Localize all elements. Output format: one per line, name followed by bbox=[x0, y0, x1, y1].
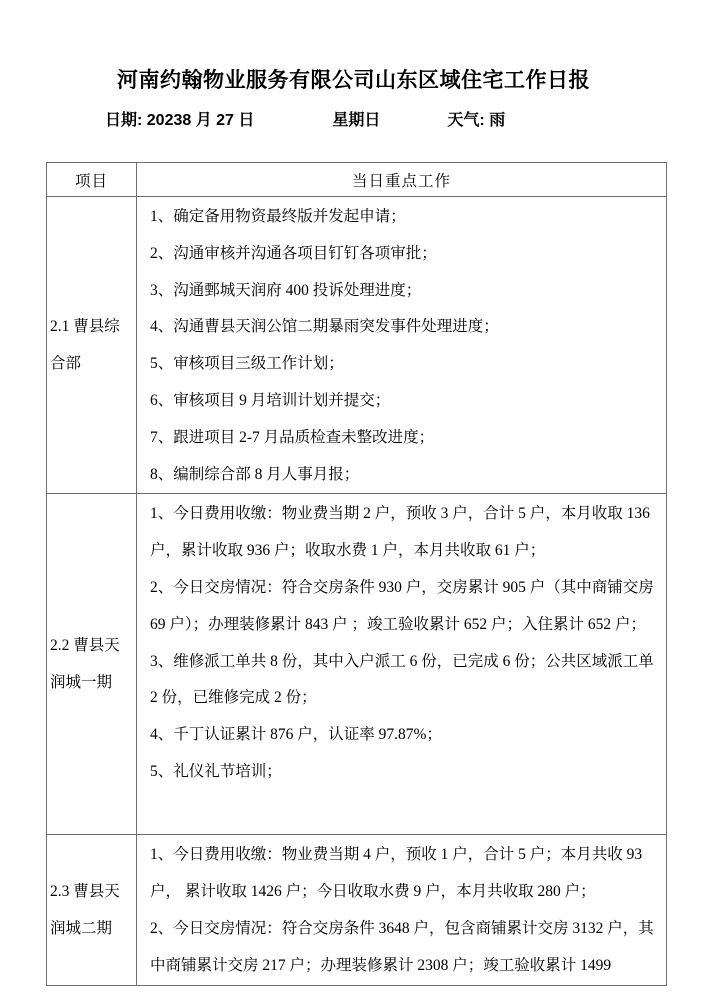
work-item: 2、沟通审核并沟通各项目钉钉各项审批； bbox=[150, 236, 654, 273]
date-value: 日期: 20238 月 27 日 bbox=[105, 112, 254, 129]
work-items-cell: 1、确定备用物资最终版并发起申请； 2、沟通审核并沟通各项目钉钉各项审批； 3、… bbox=[137, 197, 667, 494]
work-item: 8、编制综合部 8 月人事月报； bbox=[150, 457, 654, 494]
daily-report-table: 项目 当日重点工作 2.1 曹县综合部 1、确定备用物资最终版并发起申请； 2、… bbox=[46, 162, 667, 986]
work-item: 2、今日交房情况：符合交房条件 3648 户，包含商铺累计交房 3132 户，其… bbox=[150, 911, 654, 985]
work-item: 5、审核项目三级工作计划； bbox=[150, 346, 654, 383]
project-name: 2.1 曹县综合部 bbox=[47, 197, 137, 494]
work-item: 5、礼仪礼节培训； bbox=[150, 754, 654, 791]
work-item: 1、今日费用收缴：物业费当期 2 户，预收 3 户，合计 5 户，本月收取 13… bbox=[150, 496, 654, 570]
work-item: 1、确定备用物资最终版并发起申请； bbox=[150, 199, 654, 236]
work-item: 7、跟进项目 2-7 月品质检查未整改进度； bbox=[150, 420, 654, 457]
work-item: 4、沟通曹县天润公馆二期暴雨突发事件处理进度； bbox=[150, 309, 654, 346]
table-row-caoxian-zonghebu: 2.1 曹县综合部 1、确定备用物资最终版并发起申请； 2、沟通审核并沟通各项目… bbox=[47, 197, 667, 494]
table-row-tianrun-phase2: 2.3 曹县天润城二期 1、今日费用收缴：物业费当期 4 户，预收 1 户，合计… bbox=[47, 835, 667, 985]
work-items-cell: 1、今日费用收缴：物业费当期 4 户，预收 1 户，合计 5 户；本月共收 93… bbox=[137, 835, 667, 985]
header-work: 当日重点工作 bbox=[137, 163, 667, 197]
header-project: 项目 bbox=[47, 163, 137, 197]
work-item: 6、审核项目 9 月培训计划并提交； bbox=[150, 383, 654, 420]
work-item: 3、维修派工单共 8 份，其中入户派工 6 份，已完成 6 份；公共区域派工单 … bbox=[150, 644, 654, 718]
work-item: 3、沟通鄄城天润府 400 投诉处理进度； bbox=[150, 273, 654, 310]
table-header-row: 项目 当日重点工作 bbox=[47, 163, 667, 197]
weekday-value: 星期日 bbox=[332, 112, 380, 129]
table-row-tianrun-phase1: 2.2 曹县天润城一期 1、今日费用收缴：物业费当期 2 户，预收 3 户，合计… bbox=[47, 494, 667, 835]
daily-report-page: 河南约翰物业服务有限公司山东区域住宅工作日报 日期: 20238 月 27 日星… bbox=[0, 0, 707, 999]
work-item: 1、今日费用收缴：物业费当期 4 户，预收 1 户，合计 5 户；本月共收 93… bbox=[150, 837, 654, 911]
work-item: 2、今日交房情况：符合交房条件 930 户，交房累计 905 户（其中商铺交房 … bbox=[150, 570, 654, 644]
work-items-cell: 1、今日费用收缴：物业费当期 2 户，预收 3 户，合计 5 户，本月收取 13… bbox=[137, 494, 667, 835]
date-line: 日期: 20238 月 27 日星期日天气: 雨 bbox=[105, 107, 505, 130]
project-name: 2.3 曹县天润城二期 bbox=[47, 835, 137, 985]
page-title: 河南约翰物业服务有限公司山东区域住宅工作日报 bbox=[0, 64, 707, 94]
project-name: 2.2 曹县天润城一期 bbox=[47, 494, 137, 835]
work-item: 4、千丁认证累计 876 户，认证率 97.87%； bbox=[150, 717, 654, 754]
weather-value: 天气: 雨 bbox=[447, 112, 505, 129]
